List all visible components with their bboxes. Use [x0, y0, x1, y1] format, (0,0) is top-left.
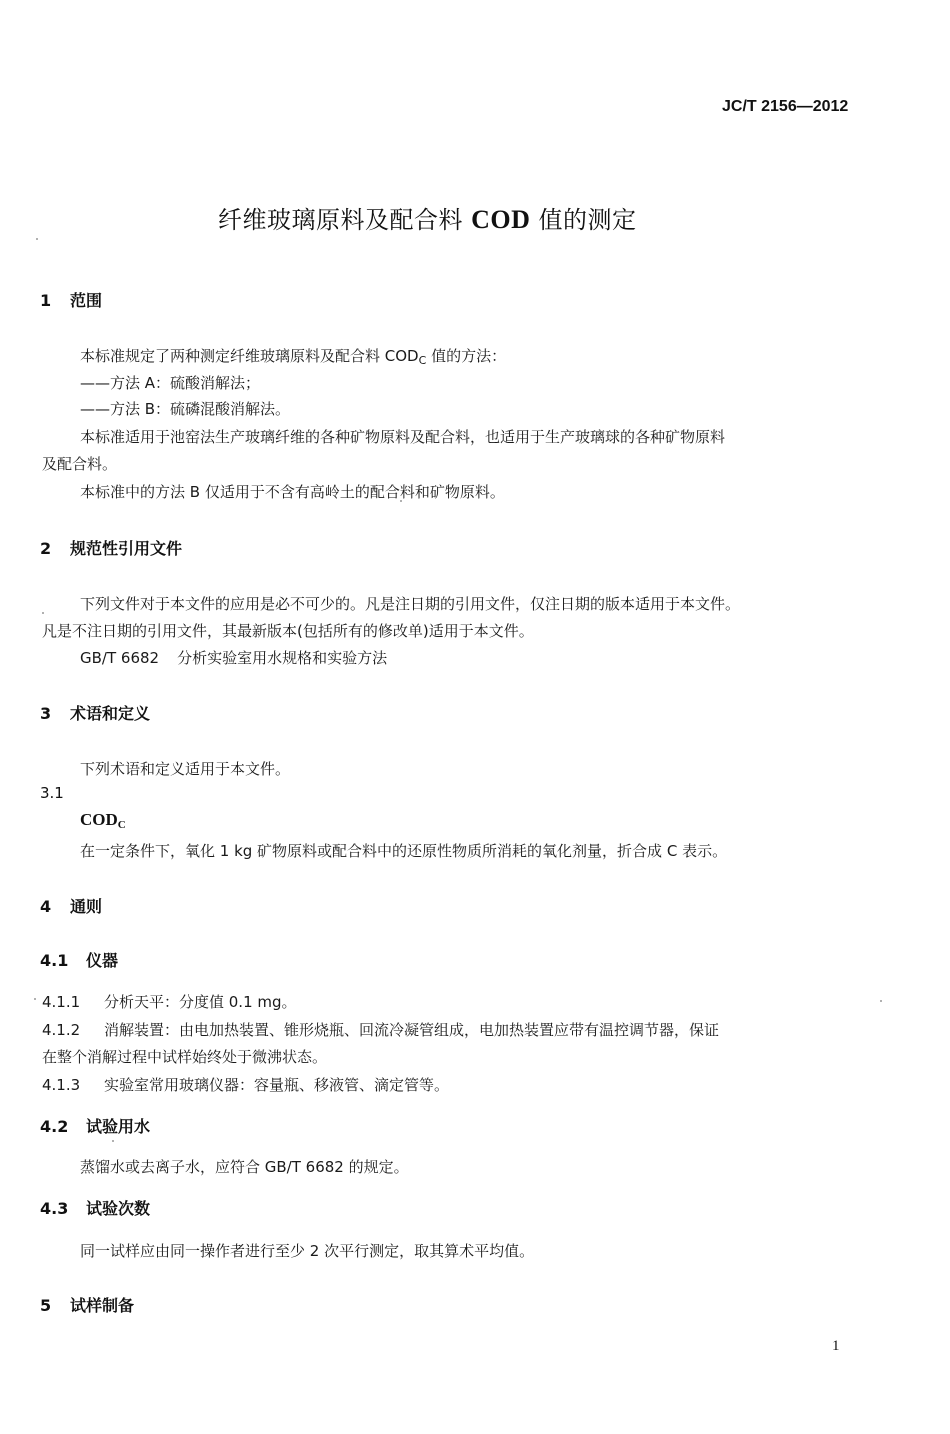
scan-speck	[880, 1000, 882, 1002]
subsection-4-1-heading: 4.1仪器	[40, 948, 118, 971]
page-number: 1	[832, 1338, 840, 1355]
section-number: 3	[40, 704, 70, 723]
clause-4-1-1: 4.1.1分析天平：分度值 0.1 mg。	[42, 991, 297, 1012]
term-name: CODC	[80, 810, 126, 831]
water-requirement: 蒸馏水或去离子水，应符合 GB/T 6682 的规定。	[80, 1156, 409, 1177]
section-title: 术语和定义	[70, 704, 150, 723]
section-4-heading: 4通则	[40, 894, 102, 917]
section-title: 试样制备	[70, 1296, 134, 1315]
section-number: 4	[40, 897, 70, 916]
scope-paragraph-2-line-1: 本标准适用于池窑法生产玻璃纤维的各种矿物原料及配合料，也适用于生产玻璃球的各种矿…	[80, 426, 725, 447]
section-title: 范围	[70, 291, 102, 310]
subsection-number: 4.1	[40, 951, 86, 970]
title-prefix: 纤维玻璃原料及配合料	[218, 206, 471, 234]
clause-number: 4.1.2	[42, 1021, 104, 1039]
clause-4-1-3: 4.1.3实验室常用玻璃仪器：容量瓶、移液管、滴定管等。	[42, 1074, 449, 1095]
scan-speck	[400, 500, 402, 502]
clause-number: 4.1.1	[42, 993, 104, 1011]
scan-speck	[112, 1140, 114, 1142]
subsection-4-2-heading: 4.2试验用水	[40, 1114, 150, 1137]
clause-4-1-2: 4.1.2消解装置：由电加热装置、锥形烧瓶、回流冷凝管组成，电加热装置应带有温控…	[42, 1019, 719, 1040]
clause-text: 消解装置：由电加热装置、锥形烧瓶、回流冷凝管组成，电加热装置应带有温控调节器，保…	[104, 1021, 719, 1039]
method-b-item: ——方法 B：硫磷混酸消解法。	[80, 398, 290, 419]
references-paragraph-line-1: 下列文件对于本文件的应用是必不可少的。凡是注日期的引用文件，仅注日期的版本适用于…	[80, 593, 740, 614]
term-subscript: C	[118, 819, 126, 831]
references-paragraph-line-2: 凡是不注日期的引用文件，其最新版本(包括所有的修改单)适用于本文件。	[42, 620, 534, 641]
test-count-requirement: 同一试样应由同一操作者进行至少 2 次平行测定，取其算术平均值。	[80, 1240, 534, 1261]
subsection-4-3-heading: 4.3试验次数	[40, 1196, 150, 1219]
section-number: 1	[40, 291, 70, 310]
scope-text: 本标准规定了两种测定纤维玻璃原料及配合料 COD	[80, 347, 419, 365]
section-1-heading: 1范围	[40, 288, 102, 311]
section-5-heading: 5试样制备	[40, 1293, 134, 1316]
scan-speck	[34, 998, 36, 1000]
terms-intro: 下列术语和定义适用于本文件。	[80, 758, 290, 779]
section-number: 2	[40, 539, 70, 558]
clause-4-1-2-continued: 在整个消解过程中试样始终处于微沸状态。	[42, 1046, 327, 1067]
scope-paragraph-2-line-2: 及配合料。	[42, 453, 117, 474]
reference-code: GB/T 6682	[80, 649, 159, 667]
title-suffix: 值的测定	[530, 206, 636, 234]
section-number: 5	[40, 1296, 70, 1315]
section-2-heading: 2规范性引用文件	[40, 536, 182, 559]
scope-text-end: 值的方法：	[426, 347, 506, 365]
clause-text: 实验室常用玻璃仪器：容量瓶、移液管、滴定管等。	[104, 1076, 449, 1094]
reference-entry: GB/T 6682分析实验室用水规格和实验方法	[80, 647, 387, 668]
section-title: 通则	[70, 897, 102, 916]
section-3-heading: 3术语和定义	[40, 701, 150, 724]
subsection-title: 试验用水	[86, 1117, 150, 1136]
scope-paragraph-1: 本标准规定了两种测定纤维玻璃原料及配合料 CODC 值的方法：	[80, 345, 506, 367]
subsection-number: 4.3	[40, 1199, 86, 1218]
title-latin: COD	[471, 205, 530, 234]
scan-speck	[36, 238, 38, 240]
term-main: COD	[80, 810, 118, 829]
scan-speck	[42, 612, 44, 614]
subsection-number: 4.2	[40, 1117, 86, 1136]
method-a-item: ——方法 A：硫酸消解法；	[80, 372, 260, 393]
scope-paragraph-3: 本标准中的方法 B 仅适用于不含有高岭土的配合料和矿物原料。	[80, 481, 505, 502]
standard-code: JC/T 2156—2012	[722, 98, 848, 116]
clause-text: 分析天平：分度值 0.1 mg。	[104, 993, 297, 1011]
term-definition: 在一定条件下，氧化 1 kg 矿物原料或配合料中的还原性物质所消耗的氧化剂量，折…	[80, 840, 727, 861]
document-title: 纤维玻璃原料及配合料 COD 值的测定	[218, 200, 637, 235]
subsection-title: 仪器	[86, 951, 118, 970]
section-title: 规范性引用文件	[70, 539, 182, 558]
reference-title: 分析实验室用水规格和实验方法	[177, 649, 387, 667]
subsection-title: 试验次数	[86, 1199, 150, 1218]
term-number: 3.1	[40, 784, 64, 802]
clause-number: 4.1.3	[42, 1076, 104, 1094]
